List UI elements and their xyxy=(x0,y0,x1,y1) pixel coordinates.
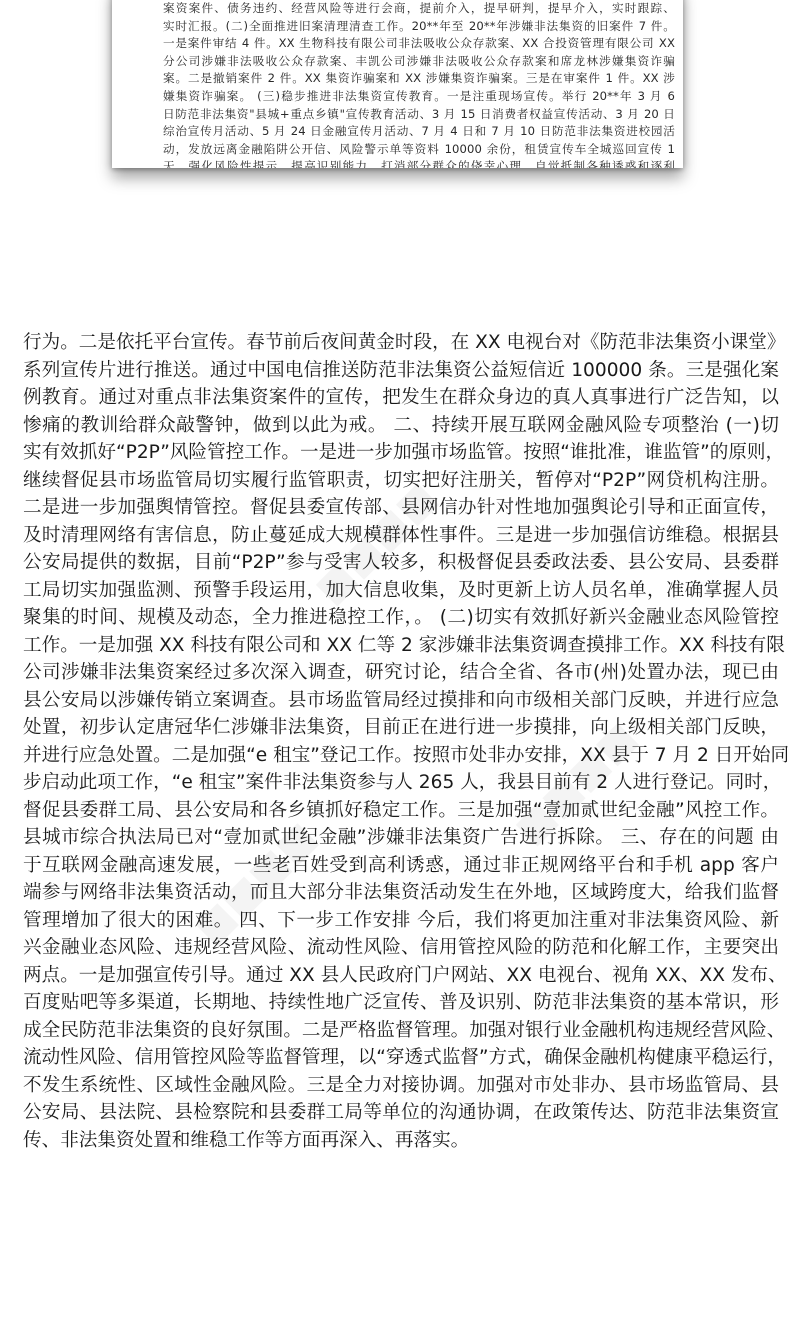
body-line: 公安局、县法院、县检察院和县委群工局等单位的沟通协调，在政策传达、防范非法集资宣 xyxy=(23,1099,779,1127)
body-line: 兴金融业态风险、违规经营风险、流动性风险、信用管控风险的防范和化解工作，主要突出 xyxy=(23,934,779,962)
body-line: 督促县委群工局、县公安局和各乡镇抓好稳定工作。三是加强“壹加贰世纪金融”风控工作… xyxy=(23,797,779,825)
body-line: 县城市综合执法局已对“壹加贰世纪金融”涉嫌非法集资广告进行拆除。 三、存在的问题… xyxy=(23,824,779,852)
body-line: 两点。一是加强宣传引导。通过 XX 县人民政府门户网站、XX 电视台、视角 XX… xyxy=(23,962,779,990)
body-line: 惨痛的教训给群众敲警钟，做到以此为戒。 二、持续开展互联网金融风险专项整治 (一… xyxy=(23,412,779,440)
body-line: 二是进一步加强舆情管控。督促县委宣传部、县网信办针对性地加强舆论引导和正面宣传， xyxy=(23,494,779,522)
body-line: 并进行应急处置。二是加强“e 租宝”登记工作。按照市处非办安排，XX 县于 7 … xyxy=(23,742,779,770)
preview-line: 嫌集资诈骗案。 (三)稳步推进非法集资宣传教育。一是注重现场宣传。举行 20**… xyxy=(163,88,675,106)
body-line: 不发生系统性、区域性金融风险。三是全力对接协调。加强对市处非办、县市场监管局、县 xyxy=(23,1072,779,1100)
document-body-text: 行为。二是依托平台宣传。春节前后夜间黄金时段，在 XX 电视台对《防范非法集资小… xyxy=(23,329,779,1154)
body-line: 成全民防范非法集资的良好氛围。二是严格监督管理。加强对银行业金融机构违规经营风险… xyxy=(23,1017,779,1045)
preview-line: 一是案件审结 4 件。XX 生物科技有限公司非法吸收公众存款案、XX 合投资管理… xyxy=(163,35,675,53)
preview-line: 实时汇报。(二)全面推进旧案清理清查工作。20**年至 20**年涉嫌非法集资的… xyxy=(163,18,675,36)
body-line: 例教育。通过对重点非法集资案件的宣传，把发生在群众身边的真人真事进行广泛告知，以 xyxy=(23,384,779,412)
body-line: 系列宣传片进行推送。通过中国电信推送防范非法集资公益短信近 100000 条。三… xyxy=(23,357,779,385)
body-line: 步启动此项工作，“e 租宝”案件非法集资参与人 265 人，我县目前有 2 人进… xyxy=(23,769,779,797)
document-preview-card: 案资案件、债务违约、经营风险等进行会商，提前介入，提早研判，提早介入，实时跟踪、… xyxy=(112,0,683,168)
body-line: 于互联网金融高速发展，一些老百姓受到高利诱惑，通过非正规网络平台和手机 app … xyxy=(23,852,779,880)
body-line: 流动性风险、信用管控风险等监督管理，以“穿透式监督”方式，确保金融机构健康平稳运… xyxy=(23,1044,779,1072)
preview-line: 天，强化风险性提示，提高识别能力，打消部分群众的侥幸心理，自觉抵制各种诱惑和逐利 xyxy=(163,158,675,168)
body-line: 继续督促县市场监管局切实履行监管职责，切实把好注册关，暂停对“P2P”网贷机构注… xyxy=(23,467,779,495)
body-line: 工作。一是加强 XX 科技有限公司和 XX 仁等 2 家涉嫌非法集资调查摸排工作… xyxy=(23,632,779,660)
body-line: 行为。二是依托平台宣传。春节前后夜间黄金时段，在 XX 电视台对《防范非法集资小… xyxy=(23,329,779,357)
body-line: 端参与网络非法集资活动，而且大部分非法集资活动发生在外地，区域跨度大，给我们监督 xyxy=(23,879,779,907)
body-line: 实有效抓好“P2P”风险管控工作。一是进一步加强市场监管。按照“谁批准，谁监管”… xyxy=(23,439,779,467)
preview-text-block: 案资案件、债务违约、经营风险等进行会商，提前介入，提早研判，提早介入，实时跟踪、… xyxy=(163,0,675,168)
body-line: 公司涉嫌非法集资案经过多次深入调查，研究讨论，结合全省、各市(州)处置办法，现已… xyxy=(23,659,779,687)
body-line: 聚集的时间、规模及动态，全力推进稳控工作，。 (二)切实有效抓好新兴金融业态风险… xyxy=(23,604,779,632)
preview-line: 综治宣传月活动、5 月 24 日金融宣传月活动、7 月 4 日和 7 月 10 … xyxy=(163,123,675,141)
body-line: 管理增加了很大的困难。 四、下一步工作安排 今后，我们将更加注重对非法集资风险、… xyxy=(23,907,779,935)
preview-line: 案资案件、债务违约、经营风险等进行会商，提前介入，提早研判，提早介入，实时跟踪、 xyxy=(163,0,675,18)
body-line: 传、非法集资处置和维稳工作等方面再深入、再落实。 xyxy=(23,1127,779,1155)
preview-line: 案。二是撤销案件 2 件。XX 集资诈骗案和 XX 涉嫌集资诈骗案。三是在审案件… xyxy=(163,70,675,88)
body-line: 工局切实加强监测、预警手段运用，加大信息收集，及时更新上访人员名单，准确掌握人员 xyxy=(23,577,779,605)
preview-line: 动，发放远离金融陷阱公开信、风险警示单等资料 10000 余份，租赁宣传车全城巡… xyxy=(163,141,675,159)
body-line: 及时清理网络有害信息，防止蔓延成大规模群体性事件。三是进一步加强信访维稳。根据县 xyxy=(23,522,779,550)
preview-line: 分公司涉嫌非法吸收公众存款案、丰凯公司涉嫌非法吸收公众存款案和席龙林涉嫌集资诈骗 xyxy=(163,53,675,71)
body-line: 县公安局以涉嫌传销立案调查。县市场监管局经过摸排和向市级相关部门反映，并进行应急 xyxy=(23,687,779,715)
preview-line: 日防范非法集资"县城+重点乡镇"宣传教育活动、3 月 15 日消费者权益宣传活动… xyxy=(163,106,675,124)
body-line: 百度贴吧等多渠道，长期地、持续性地广泛宣传、普及识别、防范非法集资的基本常识，形 xyxy=(23,989,779,1017)
body-line: 处置，初步认定唐冠华仁涉嫌非法集资，目前正在进行进一步摸排，向上级相关部门反映， xyxy=(23,714,779,742)
body-line: 公安局提供的数据，目前“P2P”参与受害人较多，积极督促县委政法委、县公安局、县… xyxy=(23,549,779,577)
